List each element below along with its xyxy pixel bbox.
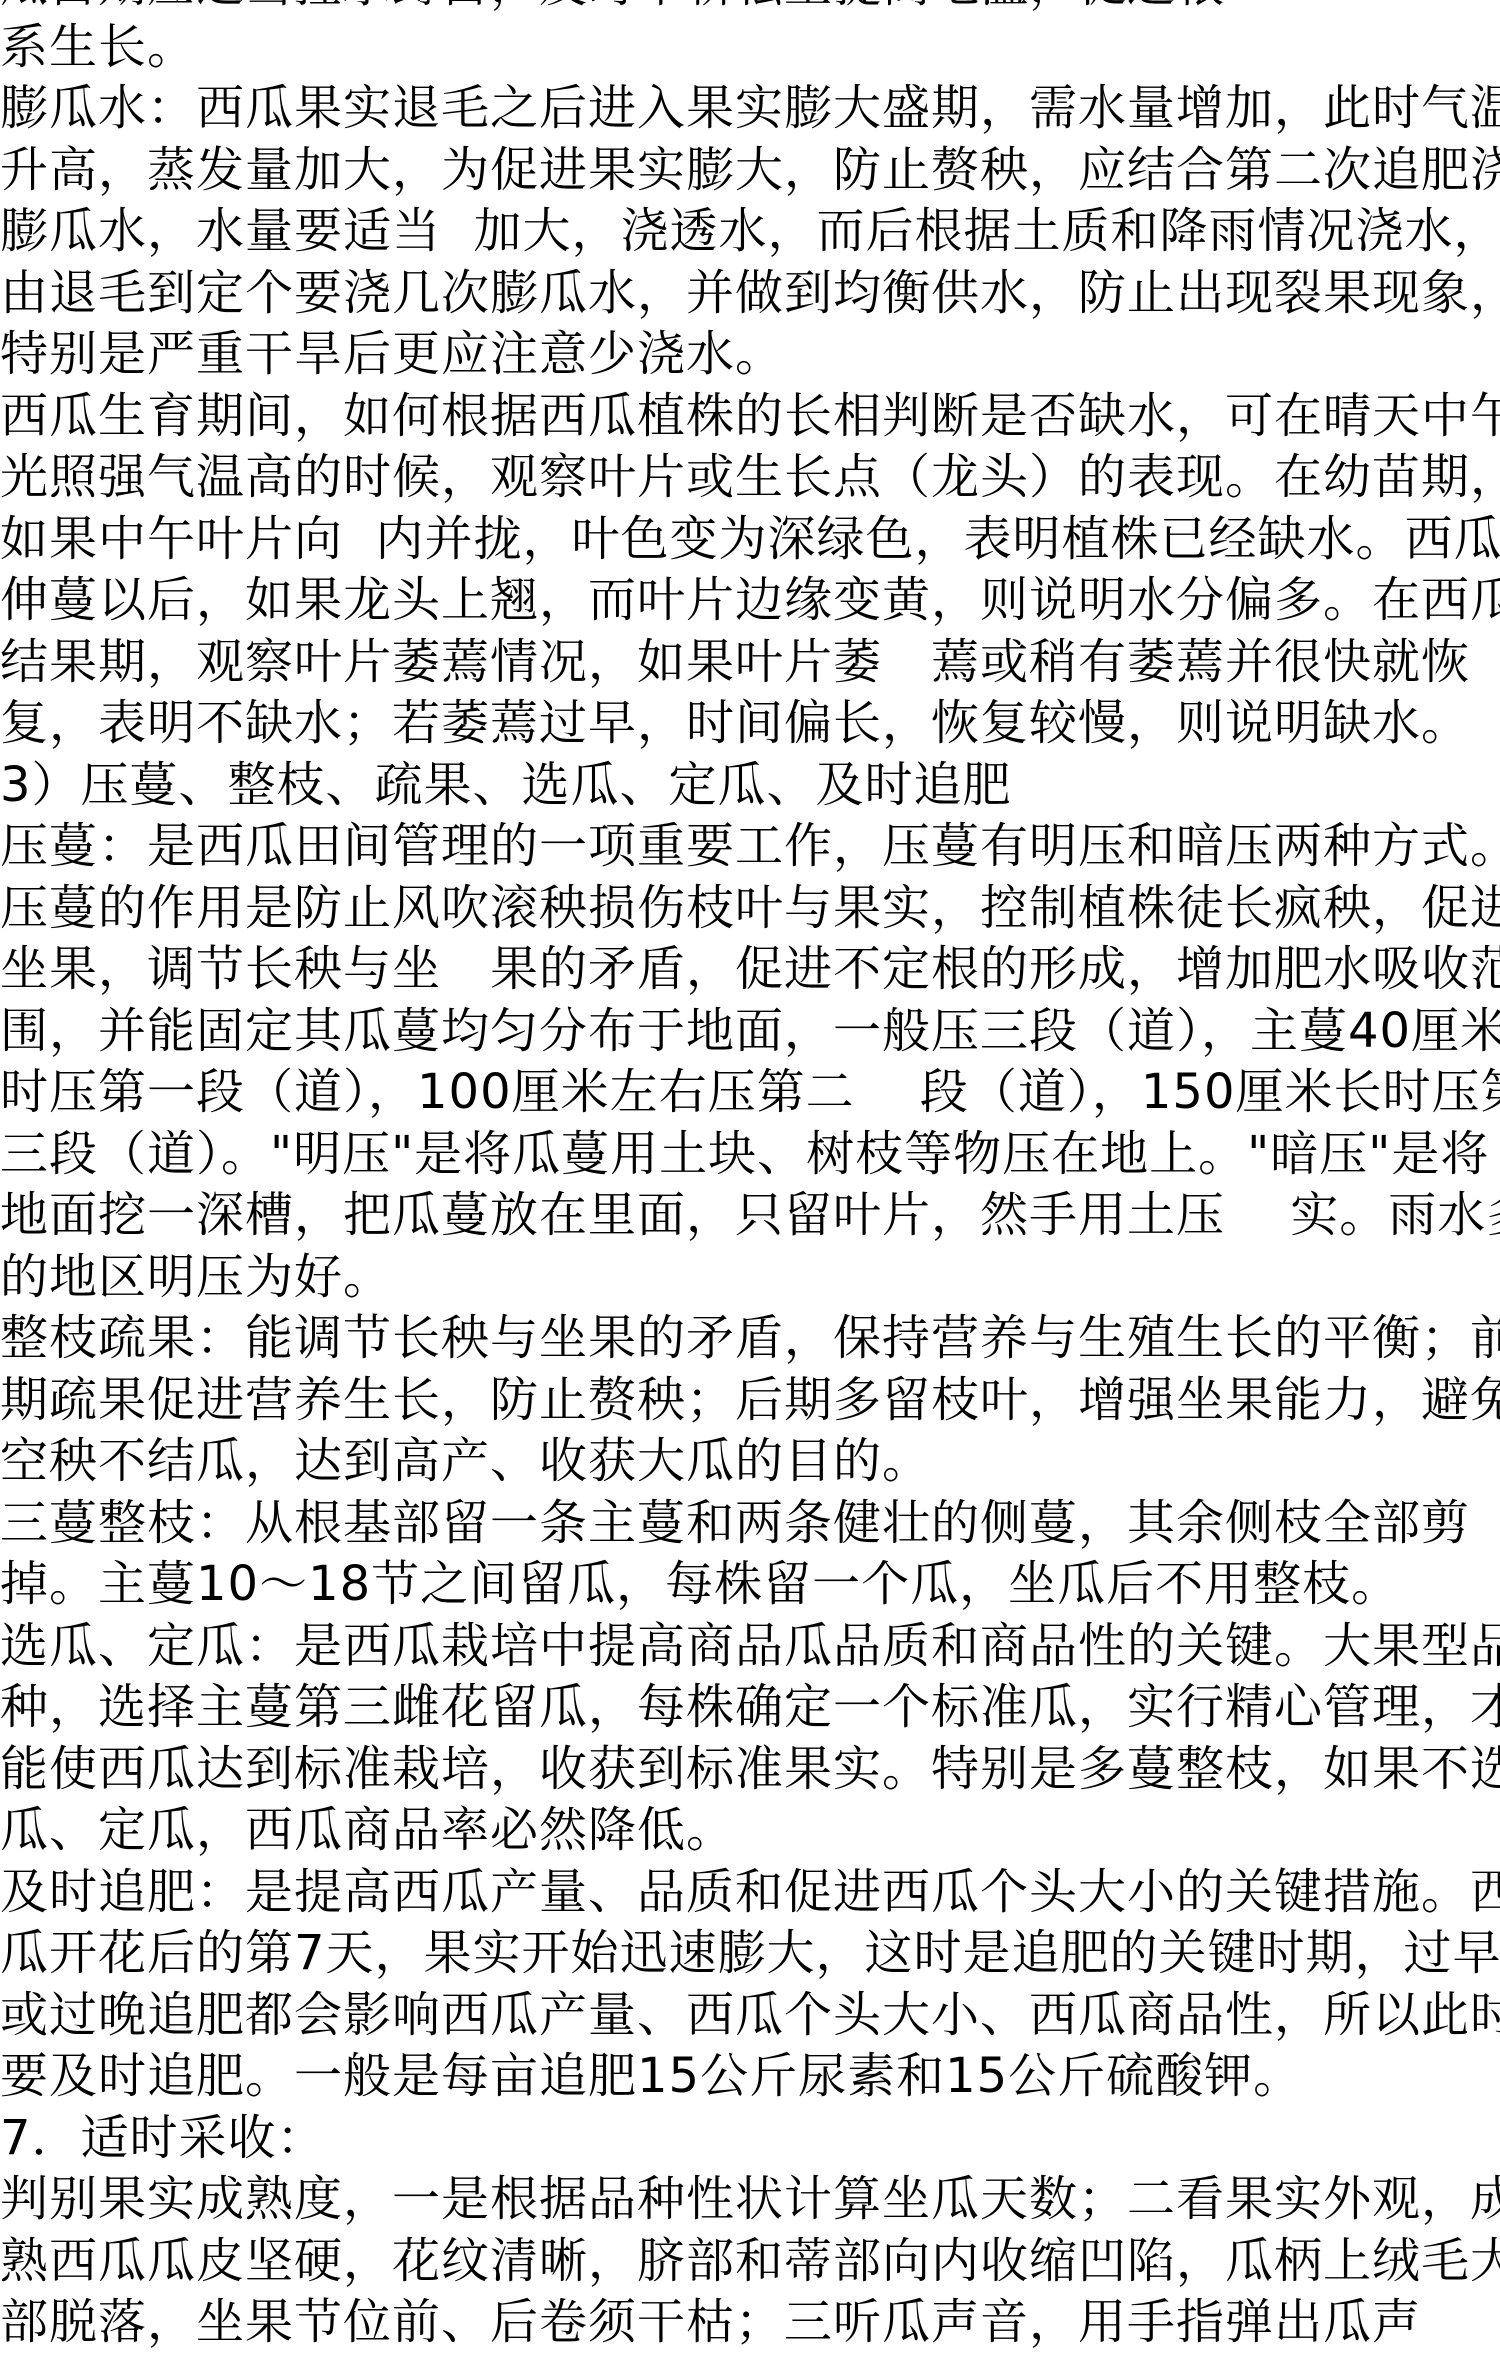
- text-line: 由退毛到定个要浇几次膨瓜水，并做到均衡供水，防止出现裂果现象，: [0, 263, 1500, 325]
- text-line: 能使西瓜达到标准栽培，收获到标准果实。特别是多蔓整枝，如果不选: [0, 1739, 1500, 1801]
- text-line: 复，表明不缺水；若萎蔫过早，时间偏长，恢复较慢，则说明缺水。: [0, 693, 1500, 755]
- page-background: { "page": { "background_color": "#ffffff…: [0, 0, 1500, 2322]
- text-line: 或过晚追肥都会影响西瓜产量、西瓜个头大小、西瓜商品性，所以此时: [0, 1985, 1500, 2047]
- text-line: 空秧不结瓜，达到高产、收获大瓜的目的。: [0, 1431, 1500, 1493]
- text-line: 伸蔓以后，如果龙头上翘，而叶片边缘变黄，则说明水分偏多。在西瓜: [0, 570, 1500, 632]
- text-line: 膨瓜水，水量要适当 加大，浇透水，而后根据土质和降雨情况浇水，: [0, 201, 1500, 263]
- text-line: 整枝疏果：能调节长秧与坐果的矛盾，保持营养与生殖生长的平衡；前: [0, 1308, 1500, 1370]
- text-line: 如果中午叶片向 内并拢，叶色变为深绿色，表明植株已经缺水。西瓜: [0, 509, 1500, 571]
- text-line: 种，选择主蔓第三雌花留瓜，每株确定一个标准瓜，实行精心管理，才: [0, 1677, 1500, 1739]
- text-line: 部脱落，坐果节位前、后卷须干枯；三听瓜声音，用手指弹出瓜声: [0, 2292, 1500, 2322]
- text-line: 掉。主蔓10～18节之间留瓜，每株留一个瓜，坐瓜后不用整枝。: [0, 1554, 1500, 1616]
- text-line: 判别果实成熟度，一是根据品种性状计算坐瓜天数；二看果实外观，成: [0, 2169, 1500, 2231]
- text-line: 光照强气温高的时候，观察叶片或生长点（龙头）的表现。在幼苗期，: [0, 447, 1500, 509]
- text-line: 特别是严重干旱后更应注意少浇水。: [0, 324, 1500, 386]
- text-line: 压蔓的作用是防止风吹滚秧损伤枝叶与果实，控制植株徒长疯秧，促进: [0, 878, 1500, 940]
- text-line: 结果期，观察叶片萎蔫情况，如果叶片萎 蔫或稍有萎蔫并很快就恢: [0, 632, 1500, 694]
- text-line: 三蔓整枝：从根基部留一条主蔓和两条健壮的侧蔓，其余侧枝全部剪: [0, 1493, 1500, 1555]
- text-line: 7．适时采收：: [0, 2108, 1500, 2170]
- text-line: 时压第一段（道），100厘米左右压第二 段（道），150厘米长时压第: [0, 1062, 1500, 1124]
- text-line: 升高，蒸发量加大，为促进果实膨大，防止赘秧，应结合第二次追肥浇: [0, 140, 1500, 202]
- text-line: 熟西瓜瓜皮坚硬，花纹清晰，脐部和蒂部向内收缩凹陷，瓜柄上绒毛大: [0, 2231, 1500, 2293]
- text-line: 坐果，调节长秧与坐 果的矛盾，促进不定根的形成，增加肥水吸收范: [0, 939, 1500, 1001]
- text-line: 3）压蔓、整枝、疏果、选瓜、定瓜、及时追肥: [0, 755, 1500, 817]
- text-line: 地面挖一深槽，把瓜蔓放在里面，只留叶片，然手用土压 实。雨水多: [0, 1185, 1500, 1247]
- text-line: 要及时追肥。一般是每亩追肥15公斤尿素和15公斤硫酸钾。: [0, 2046, 1500, 2108]
- text-line: 压蔓：是西瓜田间管理的一项重要工作，压蔓有明压和暗压两种方式。: [0, 816, 1500, 878]
- text-line: 瓜、定瓜，西瓜商品率必然降低。: [0, 1800, 1500, 1862]
- text-line: 瓜开花后的第7天，果实开始迅速膨大，这时是追肥的关键时期，过早: [0, 1923, 1500, 1985]
- document-page: 瓜苗期应适当控水蹲苗，及时中耕松土提高地温，促进根系生长。膨瓜水：西瓜果实退毛之…: [0, 0, 1500, 2322]
- text-line: 瓜苗期应适当控水蹲苗，及时中耕松土提高地温，促进根: [0, 0, 1500, 17]
- text-line: 膨瓜水：西瓜果实退毛之后进入果实膨大盛期，需水量增加，此时气温: [0, 78, 1500, 140]
- text-line: 的地区明压为好。: [0, 1247, 1500, 1309]
- text-line: 及时追肥：是提高西瓜产量、品质和促进西瓜个头大小的关键措施。西: [0, 1862, 1500, 1924]
- text-line: 围，并能固定其瓜蔓均匀分布于地面，一般压三段（道），主蔓40厘米: [0, 1001, 1500, 1063]
- text-line: 期疏果促进营养生长，防止赘秧；后期多留枝叶，增强坐果能力，避免: [0, 1370, 1500, 1432]
- text-line: 西瓜生育期间，如何根据西瓜植株的长相判断是否缺水，可在晴天中午: [0, 386, 1500, 448]
- text-line: 三段（道）。"明压"是将瓜蔓用土块、树枝等物压在地上。"暗压"是将: [0, 1124, 1500, 1186]
- text-line: 系生长。: [0, 17, 1500, 79]
- text-line: 选瓜、定瓜：是西瓜栽培中提高商品瓜品质和商品性的关键。大果型品: [0, 1616, 1500, 1678]
